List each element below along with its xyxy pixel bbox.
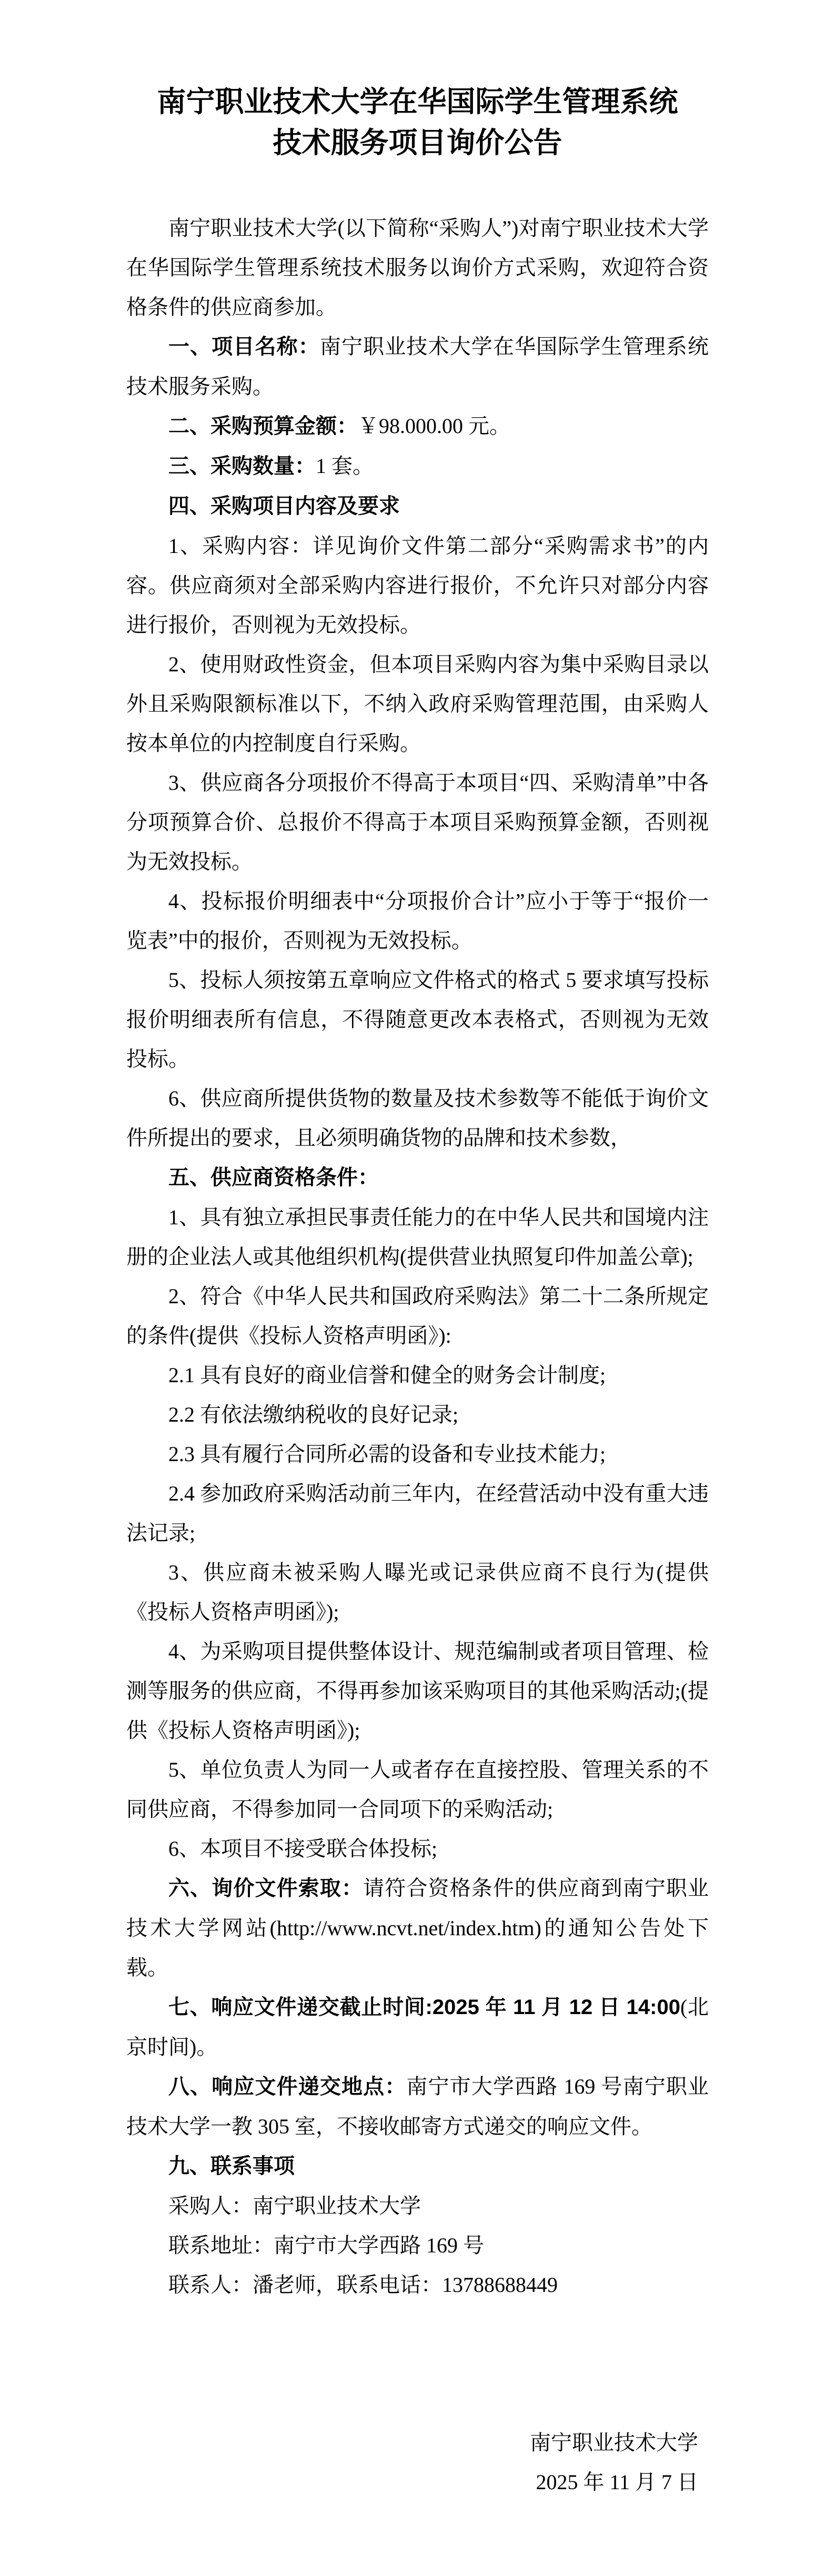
paragraph: 六、询价文件索取：请符合资格条件的供应商到南宁职业技术大学网站(http://w… (126, 1868, 709, 1987)
page-title: 南宁职业技术大学在华国际学生管理系统 技术服务项目询价公告 (126, 82, 709, 164)
paragraph: 1、采购内容：详见询价文件第二部分“采购需求书”的内容。供应商须对全部采购内容进… (126, 526, 709, 645)
text-segment: 2.3 具有履行合同所必需的设备和专业技术能力; (168, 1442, 606, 1466)
paragraph: 2.2 有依法缴纳税收的良好记录; (126, 1395, 709, 1434)
paragraph: 5、单位负责人为同一人或者存在直接控股、管理关系的不同供应商，不得参加同一合同项… (126, 1750, 709, 1829)
paragraph: 三、采购数量：1 套。 (126, 446, 709, 486)
paragraph: 5、投标人须按第五章响应文件格式的格式 5 要求填写投标报价明细表所有信息，不得… (126, 960, 709, 1079)
paragraph: 2.3 具有履行合同所必需的设备和专业技术能力; (126, 1434, 709, 1474)
paragraph: 6、供应商所提供货物的数量及技术参数等不能低于询价文件所提出的要求，且必须明确货… (126, 1079, 709, 1158)
paragraph: 采购人：南宁职业技术大学 (126, 2186, 709, 2226)
heading-segment: 八、响应文件递交地点： (168, 2075, 406, 2098)
text-segment: 3、供应商各分项报价不得高于本项目“四、采购清单”中各分项预算合价、总报价不得高… (126, 771, 709, 873)
paragraph: 八、响应文件递交地点：南宁市大学西路 169 号南宁职业技术大学一教 305 室… (126, 2067, 709, 2146)
text-segment: 2.4 参加政府采购活动前三年内，在经营活动中没有重大违法记录; (126, 1482, 709, 1545)
text-segment: 5、单位负责人为同一人或者存在直接控股、管理关系的不同供应商，不得参加同一合同项… (126, 1758, 709, 1821)
paragraph: 九、联系事项 (126, 2146, 709, 2186)
page-title-line-2: 技术服务项目询价公告 (126, 123, 709, 164)
text-segment: 2、使用财政性资金，但本项目采购内容为集中采购目录以外且采购限额标准以下，不纳入… (126, 652, 709, 755)
document-page: 南宁职业技术大学在华国际学生管理系统 技术服务项目询价公告 南宁职业技术大学(以… (0, 0, 835, 2576)
page-title-line-1: 南宁职业技术大学在华国际学生管理系统 (126, 82, 709, 123)
text-segment: 1、具有独立承担民事责任能力的在中华人民共和国境内注册的企业法人或其他组织机构(… (126, 1205, 709, 1269)
text-segment: 3、供应商未被采购人曝光或记录供应商不良行为(提供《投标人资格声明函》); (126, 1561, 709, 1624)
text-segment: 2.2 有依法缴纳税收的良好记录; (168, 1403, 458, 1426)
paragraph: 联系地址：南宁市大学西路 169 号 (126, 2226, 709, 2265)
paragraph: 四、采购项目内容及要求 (126, 486, 709, 526)
text-segment: 采购人：南宁职业技术大学 (168, 2194, 421, 2218)
paragraph: 3、供应商未被采购人曝光或记录供应商不良行为(提供《投标人资格声明函》); (126, 1553, 709, 1632)
heading-segment: 六、询价文件索取： (168, 1877, 363, 1900)
heading-segment: 九、联系事项 (168, 2155, 295, 2178)
paragraph: 二、采购预算金额：￥98.000.00 元。 (126, 406, 709, 446)
signature-block: 南宁职业技术大学 2025 年 11 月 7 日 (126, 2423, 709, 2502)
paragraph: 4、投标报价明细表中“分项报价合计”应小于等于“报价一览表”中的报价，否则视为无… (126, 881, 709, 960)
text-segment: 联系人：潘老师，联系电话：13788688449 (168, 2273, 558, 2297)
paragraph: 南宁职业技术大学(以下简称“采购人”)对南宁职业技术大学在华国际学生管理系统技术… (126, 208, 709, 327)
text-segment: 2、符合《中华人民共和国政府采购法》第二十二条所规定的条件(提供《投标人资格声明… (126, 1284, 709, 1347)
paragraph: 五、供应商资格条件： (126, 1158, 709, 1198)
paragraph: 2.1 具有良好的商业信誉和健全的财务会计制度; (126, 1355, 709, 1395)
paragraph: 3、供应商各分项报价不得高于本项目“四、采购清单”中各分项预算合价、总报价不得高… (126, 763, 709, 881)
text-segment: 2.1 具有良好的商业信誉和健全的财务会计制度; (168, 1363, 606, 1387)
text-segment: 1、采购内容：详见询价文件第二部分“采购需求书”的内容。供应商须对全部采购内容进… (126, 534, 709, 637)
heading-segment: 二、采购预算金额： (168, 415, 358, 438)
paragraph: 4、为采购项目提供整体设计、规范编制或者项目管理、检测等服务的供应商，不得再参加… (126, 1632, 709, 1750)
text-segment: 5、投标人须按第五章响应文件格式的格式 5 要求填写投标报价明细表所有信息，不得… (126, 968, 709, 1071)
text-segment: 4、为采购项目提供整体设计、规范编制或者项目管理、检测等服务的供应商，不得再参加… (126, 1639, 709, 1742)
text-segment: 1 套。 (316, 454, 374, 478)
paragraph: 2、符合《中华人民共和国政府采购法》第二十二条所规定的条件(提供《投标人资格声明… (126, 1276, 709, 1355)
text-segment: ￥98.000.00 元。 (358, 414, 510, 438)
heading-segment: 四、采购项目内容及要求 (168, 495, 400, 518)
paragraph: 联系人：潘老师，联系电话：13788688449 (126, 2265, 709, 2305)
paragraph: 1、具有独立承担民事责任能力的在中华人民共和国境内注册的企业法人或其他组织机构(… (126, 1198, 709, 1276)
paragraph: 一、项目名称：南宁职业技术大学在华国际学生管理系统技术服务采购。 (126, 327, 709, 406)
heading-segment: 三、采购数量： (168, 455, 316, 478)
heading-segment: 一、项目名称： (168, 335, 320, 358)
paragraph: 七、响应文件递交截止时间:2025 年 11 月 12 日 14:00(北京时间… (126, 1987, 709, 2067)
paragraph: 2.4 参加政府采购活动前三年内，在经营活动中没有重大违法记录; (126, 1474, 709, 1553)
paragraph: 6、本项目不接受联合体投标; (126, 1829, 709, 1868)
document-body: 南宁职业技术大学(以下简称“采购人”)对南宁职业技术大学在华国际学生管理系统技术… (126, 208, 709, 2305)
heading-segment: 七、响应文件递交截止时间:2025 年 11 月 12 日 14:00 (168, 1996, 680, 2019)
text-segment: 联系地址：南宁市大学西路 169 号 (168, 2233, 484, 2257)
text-segment: 4、投标报价明细表中“分项报价合计”应小于等于“报价一览表”中的报价，否则视为无… (126, 889, 709, 952)
text-segment: 6、本项目不接受联合体投标; (168, 1837, 437, 1860)
text-segment: 南宁职业技术大学(以下简称“采购人”)对南宁职业技术大学在华国际学生管理系统技术… (126, 216, 709, 319)
text-segment: 6、供应商所提供货物的数量及技术参数等不能低于询价文件所提出的要求，且必须明确货… (126, 1086, 709, 1150)
signature-org: 南宁职业技术大学 (126, 2423, 698, 2462)
paragraph: 2、使用财政性资金，但本项目采购内容为集中采购目录以外且采购限额标准以下，不纳入… (126, 645, 709, 763)
heading-segment: 五、供应商资格条件： (168, 1166, 379, 1189)
signature-date: 2025 年 11 月 7 日 (126, 2462, 698, 2502)
